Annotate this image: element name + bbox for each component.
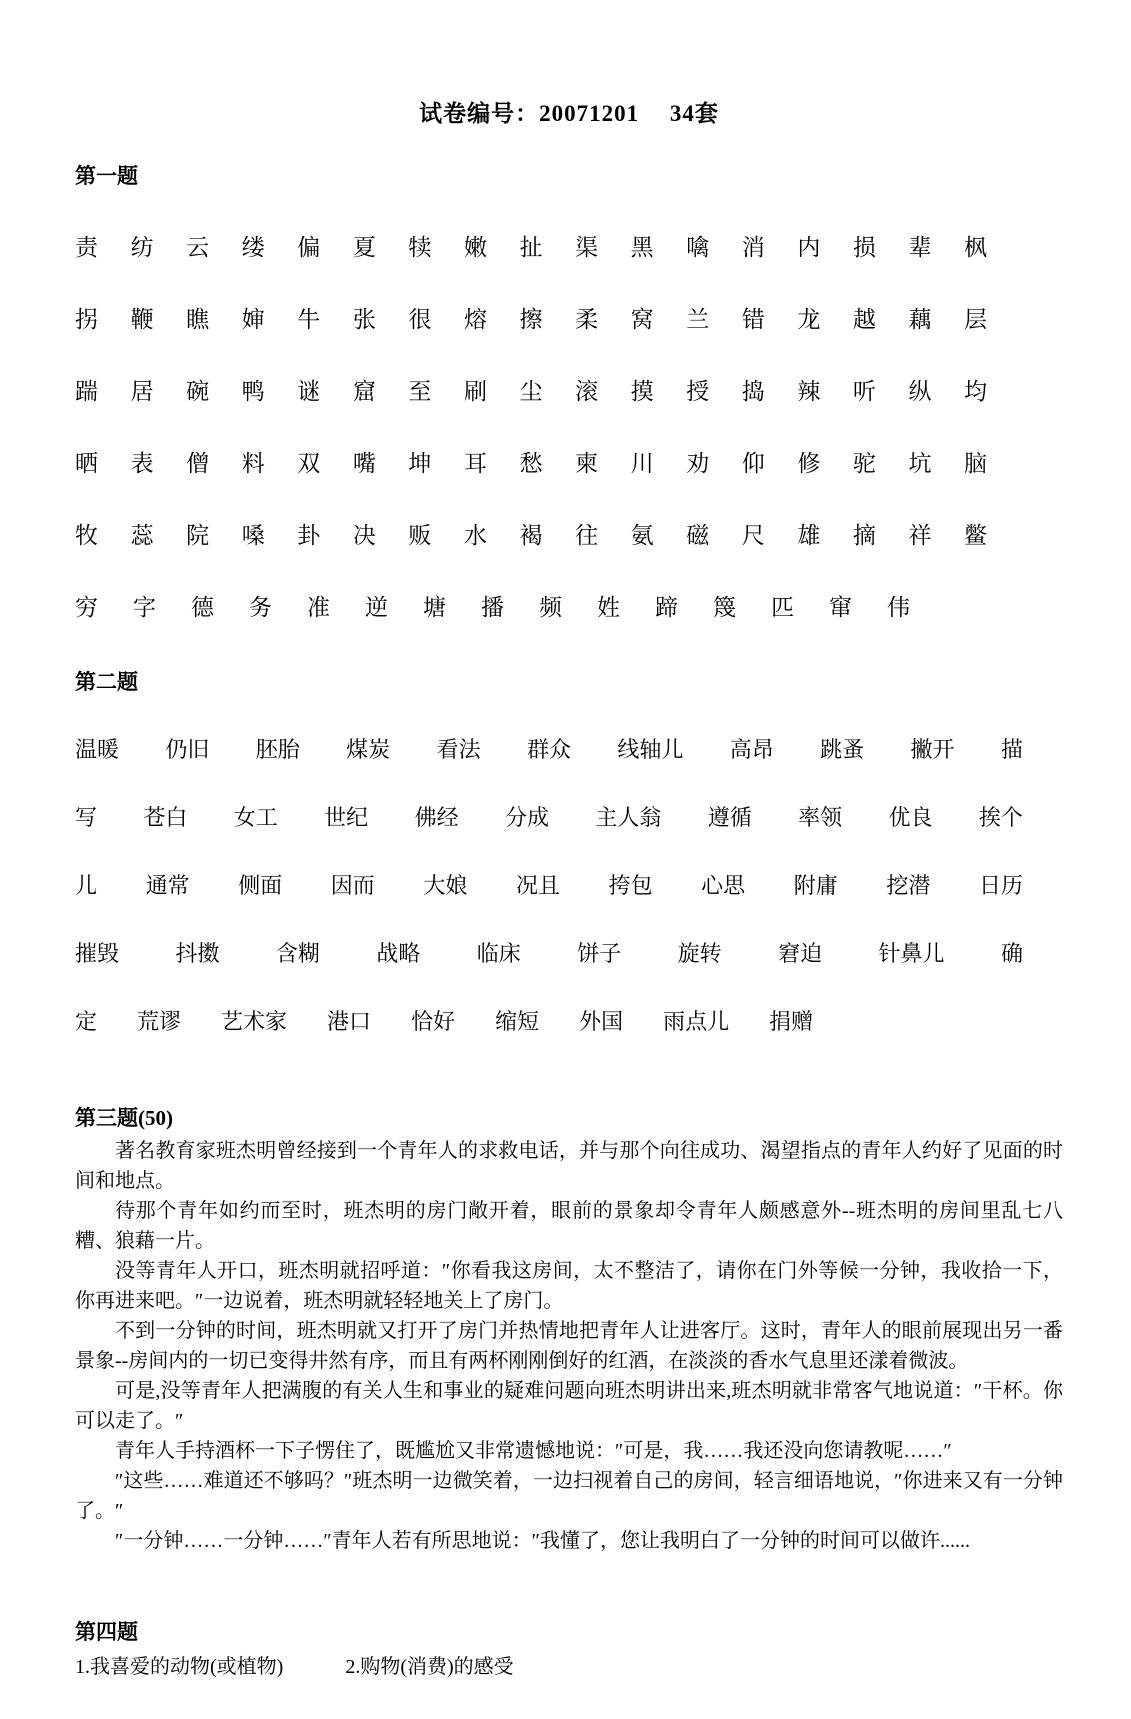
- character-cell: 鸭: [242, 373, 265, 406]
- word-cell: 遵循: [708, 801, 752, 832]
- word-cell: 摧毁: [75, 937, 119, 968]
- character-cell: 频: [539, 589, 562, 622]
- character-cell: 纵: [908, 373, 931, 406]
- character-cell: 居: [131, 373, 154, 406]
- character-cell: 院: [186, 517, 209, 550]
- character-cell: 尘: [520, 373, 543, 406]
- character-cell: 晒: [75, 445, 98, 478]
- character-cell: 祥: [908, 517, 931, 550]
- word-cell: 外国: [579, 1005, 623, 1036]
- word-cell: 日历: [979, 869, 1023, 900]
- character-cell: 修: [797, 445, 820, 478]
- character-cell: 塘: [423, 589, 446, 622]
- passage-paragraph: 不到一分钟的时间，班杰明就又打开了房门并热情地把青年人让进客厅。这时，青年人的眼…: [75, 1316, 1063, 1376]
- word-cell: 定: [75, 1005, 97, 1036]
- passage-paragraph: 著名教育家班杰明曾经接到一个青年人的求救电话，并与那个向往成功、渴望指点的青年人…: [75, 1136, 1063, 1196]
- character-row: 穷字德务准逆塘播频姓蹄篾匹窜伟: [75, 589, 987, 622]
- word-row: 摧毁抖擞含糊战略临床饼子旋转窘迫针鼻儿确: [75, 937, 1023, 968]
- character-cell: 踹: [75, 373, 98, 406]
- character-cell: 责: [75, 229, 98, 262]
- word-cell: 苍白: [143, 801, 187, 832]
- character-cell: 鳖: [964, 517, 987, 550]
- word-cell: 确: [1001, 937, 1023, 968]
- paper-title: 试卷编号：20071201 34套: [75, 95, 1063, 128]
- character-cell: 内: [797, 229, 820, 262]
- word-cell: 侧面: [238, 869, 282, 900]
- character-cell: 辈: [908, 229, 931, 262]
- character-cell: 穷: [75, 589, 98, 622]
- character-cell: 听: [853, 373, 876, 406]
- word-cell: 挖潜: [886, 869, 930, 900]
- character-cell: 熔: [464, 301, 487, 334]
- composition-prompt-item: 2.购物(消费)的感受: [345, 1650, 513, 1679]
- character-cell: 渠: [575, 229, 598, 262]
- character-cell: 枫: [964, 229, 987, 262]
- character-row: 牧蕊院嗓卦决贩水褐往氨磁尺雄摘祥鳖: [75, 517, 987, 550]
- character-cell: 窝: [631, 301, 654, 334]
- word-cell: 跳蚤: [820, 733, 864, 764]
- character-cell: 刷: [464, 373, 487, 406]
- character-cell: 藕: [908, 301, 931, 334]
- character-cell: 纺: [131, 229, 154, 262]
- character-cell: 僧: [186, 445, 209, 478]
- word-row: 定荒谬艺术家港口恰好缩短外国雨点儿捐赠: [75, 1005, 1023, 1036]
- word-cell: 大娘: [423, 869, 467, 900]
- character-cell: 牛: [297, 301, 320, 334]
- word-cell: 艺术家: [221, 1005, 287, 1036]
- character-cell: 氨: [631, 517, 654, 550]
- character-row: 责纺云缕偏夏犊嫩扯渠黑噙消内损辈枫: [75, 229, 987, 262]
- character-cell: 坑: [908, 445, 931, 478]
- character-cell: 摸: [631, 373, 654, 406]
- word-cell: 缩短: [495, 1005, 539, 1036]
- character-cell: 劝: [686, 445, 709, 478]
- word-cell: 挨个: [979, 801, 1023, 832]
- character-cell: 耳: [464, 445, 487, 478]
- character-row: 踹居碗鸭谜窟至刷尘滚摸授捣辣听纵均: [75, 373, 987, 406]
- word-cell: 世纪: [324, 801, 368, 832]
- character-cell: 匹: [771, 589, 794, 622]
- character-row: 晒表僧料双嘴坤耳愁柬川劝仰修驼坑脑: [75, 445, 987, 478]
- character-cell: 消: [742, 229, 765, 262]
- character-cell: 嘴: [353, 445, 376, 478]
- section2-heading: 第二题: [75, 666, 1063, 696]
- character-cell: 噙: [686, 229, 709, 262]
- section3-heading: 第三题(50): [75, 1102, 1063, 1132]
- character-cell: 仰: [742, 445, 765, 478]
- word-cell: 率领: [798, 801, 842, 832]
- character-cell: 务: [249, 589, 272, 622]
- character-cell: 磁: [686, 517, 709, 550]
- character-cell: 准: [307, 589, 330, 622]
- word-cell: 荒谬: [137, 1005, 181, 1036]
- section1-heading: 第一题: [75, 160, 1063, 190]
- passage-paragraph: 待那个青年如约而至时，班杰明的房门敞开着，眼前的景象却令青年人颇感意外--班杰明…: [75, 1196, 1063, 1256]
- word-cell: 况且: [516, 869, 560, 900]
- word-grid: 温暖仍旧胚胎煤炭看法群众线轴儿高昂跳蚤撇开描写苍白女工世纪佛经分成主人翁遵循率领…: [75, 733, 1023, 1036]
- character-cell: 播: [481, 589, 504, 622]
- character-cell: 脑: [964, 445, 987, 478]
- character-cell: 柬: [575, 445, 598, 478]
- character-cell: 驼: [853, 445, 876, 478]
- character-cell: 碗: [186, 373, 209, 406]
- character-cell: 犊: [408, 229, 431, 262]
- word-cell: 抖擞: [175, 937, 219, 968]
- character-cell: 错: [742, 301, 765, 334]
- character-cell: 伟: [887, 589, 910, 622]
- composition-prompts: 1.我喜爱的动物(或植物)2.购物(消费)的感受: [75, 1650, 1063, 1679]
- character-cell: 偏: [297, 229, 320, 262]
- character-cell: 表: [131, 445, 154, 478]
- character-grid: 责纺云缕偏夏犊嫩扯渠黑噙消内损辈枫拐鞭瞧婶牛张很熔擦柔窝兰错龙越藕层踹居碗鸭谜窟…: [75, 229, 987, 622]
- word-cell: 描: [1001, 733, 1023, 764]
- character-cell: 雄: [797, 517, 820, 550]
- word-row: 写苍白女工世纪佛经分成主人翁遵循率领优良挨个: [75, 801, 1023, 832]
- word-cell: 女工: [234, 801, 278, 832]
- composition-prompt-item: 1.我喜爱的动物(或植物): [75, 1650, 283, 1679]
- character-cell: 川: [631, 445, 654, 478]
- word-cell: 饼子: [577, 937, 621, 968]
- word-cell: 捐赠: [769, 1005, 813, 1036]
- passage-paragraph: 可是,没等青年人把满腹的有关人生和事业的疑难问题向班杰明讲出来,班杰明就非常客气…: [75, 1376, 1063, 1436]
- word-cell: 窘迫: [778, 937, 822, 968]
- word-cell: 分成: [505, 801, 549, 832]
- character-cell: 辣: [797, 373, 820, 406]
- character-cell: 鞭: [131, 301, 154, 334]
- character-cell: 姓: [597, 589, 620, 622]
- passage-paragraph: 没等青年人开口，班杰明就招呼道：″你看我这房间，太不整洁了，请你在门外等候一分钟…: [75, 1256, 1063, 1316]
- character-row: 拐鞭瞧婶牛张很熔擦柔窝兰错龙越藕层: [75, 301, 987, 334]
- character-cell: 瞧: [186, 301, 209, 334]
- character-cell: 摘: [853, 517, 876, 550]
- character-cell: 嫩: [464, 229, 487, 262]
- word-cell: 战略: [376, 937, 420, 968]
- character-cell: 层: [964, 301, 987, 334]
- character-cell: 均: [964, 373, 987, 406]
- character-cell: 水: [464, 517, 487, 550]
- character-cell: 字: [133, 589, 156, 622]
- word-cell: 心思: [701, 869, 745, 900]
- character-cell: 料: [242, 445, 265, 478]
- character-cell: 兰: [686, 301, 709, 334]
- word-cell: 因而: [331, 869, 375, 900]
- word-cell: 仍旧: [165, 733, 209, 764]
- word-cell: 写: [75, 801, 97, 832]
- reading-passage: 著名教育家班杰明曾经接到一个青年人的求救电话，并与那个向往成功、渴望指点的青年人…: [75, 1136, 1063, 1556]
- word-cell: 雨点儿: [663, 1005, 729, 1036]
- character-cell: 贩: [408, 517, 431, 550]
- character-cell: 授: [686, 373, 709, 406]
- word-cell: 旋转: [678, 937, 722, 968]
- word-cell: 恰好: [411, 1005, 455, 1036]
- character-cell: 牧: [75, 517, 98, 550]
- character-cell: 损: [853, 229, 876, 262]
- character-cell: 缕: [242, 229, 265, 262]
- word-cell: 优良: [889, 801, 933, 832]
- character-cell: 龙: [797, 301, 820, 334]
- character-cell: 很: [408, 301, 431, 334]
- character-cell: 至: [408, 373, 431, 406]
- word-cell: 挎包: [609, 869, 653, 900]
- word-cell: 胚胎: [256, 733, 300, 764]
- character-cell: 黑: [631, 229, 654, 262]
- character-cell: 捣: [742, 373, 765, 406]
- character-cell: 决: [353, 517, 376, 550]
- character-cell: 逆: [365, 589, 388, 622]
- passage-paragraph: ″一分钟……一分钟……″青年人若有所思地说：″我懂了，您让我明白了一分钟的时间可…: [75, 1526, 1063, 1556]
- character-cell: 愁: [520, 445, 543, 478]
- word-cell: 温暖: [75, 733, 119, 764]
- passage-paragraph: ″这些……难道还不够吗？″班杰明一边微笑着，一边扫视着自己的房间，轻言细语地说，…: [75, 1466, 1063, 1526]
- character-cell: 夏: [353, 229, 376, 262]
- character-cell: 尺: [742, 517, 765, 550]
- character-cell: 往: [575, 517, 598, 550]
- word-cell: 佛经: [415, 801, 459, 832]
- character-cell: 德: [191, 589, 214, 622]
- character-cell: 双: [297, 445, 320, 478]
- character-cell: 窜: [829, 589, 852, 622]
- word-cell: 针鼻儿: [879, 937, 945, 968]
- character-cell: 滚: [575, 373, 598, 406]
- word-cell: 含糊: [276, 937, 320, 968]
- character-cell: 柔: [575, 301, 598, 334]
- character-cell: 谜: [297, 373, 320, 406]
- character-cell: 扯: [520, 229, 543, 262]
- character-cell: 蹄: [655, 589, 678, 622]
- character-cell: 窟: [353, 373, 376, 406]
- character-cell: 云: [186, 229, 209, 262]
- word-cell: 附庸: [794, 869, 838, 900]
- character-cell: 擦: [520, 301, 543, 334]
- character-cell: 婶: [242, 301, 265, 334]
- character-cell: 张: [353, 301, 376, 334]
- character-cell: 越: [853, 301, 876, 334]
- word-cell: 儿: [75, 869, 97, 900]
- character-cell: 褐: [520, 517, 543, 550]
- character-cell: 卦: [297, 517, 320, 550]
- section4-heading: 第四题: [75, 1616, 1063, 1646]
- word-row: 温暖仍旧胚胎煤炭看法群众线轴儿高昂跳蚤撇开描: [75, 733, 1023, 764]
- word-cell: 看法: [437, 733, 481, 764]
- word-cell: 通常: [146, 869, 190, 900]
- character-cell: 拐: [75, 301, 98, 334]
- character-cell: 蕊: [131, 517, 154, 550]
- character-cell: 嗓: [242, 517, 265, 550]
- word-cell: 港口: [327, 1005, 371, 1036]
- word-cell: 临床: [477, 937, 521, 968]
- character-cell: 篾: [713, 589, 736, 622]
- word-cell: 群众: [527, 733, 571, 764]
- word-cell: 线轴儿: [617, 733, 683, 764]
- word-cell: 高昂: [730, 733, 774, 764]
- word-cell: 煤炭: [346, 733, 390, 764]
- word-cell: 撇开: [911, 733, 955, 764]
- character-cell: 坤: [408, 445, 431, 478]
- passage-paragraph: 青年人手持酒杯一下子愣住了，既尴尬又非常遗憾地说：″可是，我……我还没向您请教呢…: [75, 1436, 1063, 1466]
- word-cell: 主人翁: [595, 801, 661, 832]
- exam-paper-page: 试卷编号：20071201 34套 第一题 责纺云缕偏夏犊嫩扯渠黑噙消内损辈枫拐…: [0, 0, 1131, 1719]
- word-row: 儿通常侧面因而大娘况且挎包心思附庸挖潜日历: [75, 869, 1023, 900]
